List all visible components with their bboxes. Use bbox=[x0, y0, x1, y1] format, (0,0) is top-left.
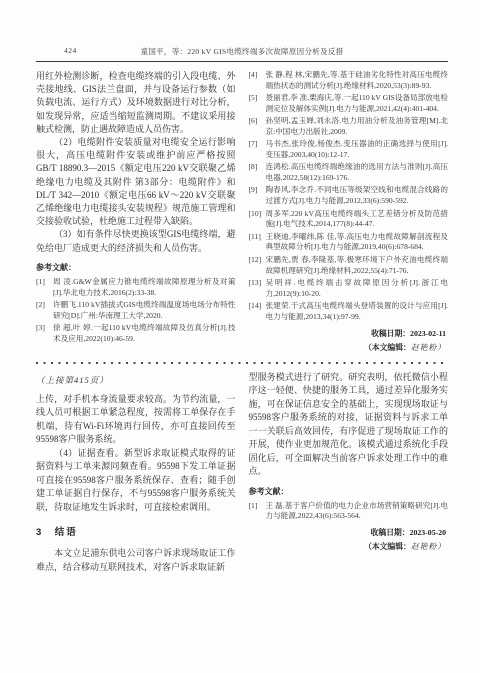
reference-item: [2] 许鹏飞.110 kV插拔式GIS电缆终端温度场电场分布特性研究[D].广… bbox=[36, 300, 236, 322]
editor-name: 赵艳粉） bbox=[411, 343, 446, 352]
reference-item: [12] 宋鹏先,贾 春,李隆基,等.极寒环境下户外充油电缆终端故障机理研究[J… bbox=[249, 255, 449, 277]
reference-item: [10] 周多军.220 kV高压电缆终端头工艺差错分析及防范措施[J].电气技… bbox=[249, 209, 449, 231]
page-header: 424 童国平，等：220 kV GIS电缆终端多次故障原因分析及反措 bbox=[36, 46, 448, 58]
reference-item: [14] 张建荣.干式高压电缆终端头登塔装置的设计与应用[J].电力与能源,20… bbox=[249, 301, 449, 323]
body-paragraph: （4）证据查看。新型诉求取证模式取得的证据资料与工单来源同频查看。95598下发… bbox=[36, 447, 236, 515]
received-label: 收稿日期： bbox=[371, 329, 410, 338]
received-label: 收稿日期： bbox=[371, 528, 410, 537]
editor-label: （本文编辑： bbox=[364, 542, 411, 551]
reference-text: 陶春风,李念乔.不同电压等级架空线和电缆混合线路的过渡方式[J].电力与能源,2… bbox=[266, 185, 449, 207]
article1-right-column: [4] 张 静,程 林,宋鹏先,等.基于硅油劣化特性对高压电缆终端热状态的测试分… bbox=[249, 70, 449, 353]
article1-paragraphs: 用红外检测诊断，检查电缆终端的引入段电缆、外壳接地线、GIS法兰盘面，并与设备运… bbox=[36, 70, 236, 255]
reference-label: [1] bbox=[249, 501, 266, 523]
reference-item: [13] 吴明祥.电缆终端击穿故障原因分析[J].浙江电力,2012(9):10… bbox=[249, 278, 449, 300]
reference-label: [5] bbox=[249, 93, 266, 115]
reference-item: [9] 陶春风,李念乔.不同电压等级架空线和电缆混合线路的过渡方式[J].电力与… bbox=[249, 185, 449, 207]
reference-label: [8] bbox=[249, 162, 266, 184]
reference-label: [1] bbox=[36, 277, 53, 299]
article2-right-column: 型服务模式进行了研究。研究表明，依托微信小程序这一轻便、快捷的服务工具，通过差异… bbox=[249, 371, 449, 553]
editor-name: 赵艳粉） bbox=[411, 542, 446, 551]
received-date-line: 收稿日期：2023-05-20 bbox=[249, 527, 447, 538]
reference-text: 聂丽君,李 准,栗海庆,等.一起110 kV GIS设备局部放电检测定位及解体实… bbox=[266, 93, 449, 115]
article2-references: [1] 王 磊.基于客户价值的电力企业市场营销策略研究[J].电力与能源,202… bbox=[249, 501, 449, 523]
reference-text: 周 凌.G&W金属应力锥电缆终端故障原理分析及对策[J].华北电力技术,2016… bbox=[53, 277, 236, 299]
reference-item: [3] 徐 超,叶 婷.一起110 kV电缆终端故障及仿真分析[J].技术及应用… bbox=[36, 323, 236, 345]
received-date: 2023-02-11 bbox=[410, 329, 446, 338]
section-heading-conclusion: 3 结语 bbox=[36, 524, 236, 538]
continued-from-note: （上接第415页） bbox=[36, 374, 236, 386]
reference-label: [9] bbox=[249, 185, 266, 207]
reference-text: 连鸿松.高压电缆终端绝缘油的选用方法与准则[J].高压电器,2022,58(12… bbox=[266, 162, 449, 184]
references-heading: 参考文献： bbox=[36, 262, 236, 273]
article2-paragraphs: 上传，对手机本身流量要求较高。为节约流量，一线人员可根据工单紧急程度，按需将工单… bbox=[36, 393, 236, 515]
reference-text: 许鹏飞.110 kV插拔式GIS电缆终端温度场电场分布特性研究[D].广州:华南… bbox=[53, 300, 236, 322]
reference-item: [1] 周 凌.G&W金属应力锥电缆终端故障原理分析及对策[J].华北电力技术,… bbox=[36, 277, 236, 299]
article2-section: （上接第415页） 上传，对手机本身流量要求较高。为节约流量，一线人员可根据工单… bbox=[36, 371, 448, 575]
reference-item: [5] 聂丽君,李 准,栗海庆,等.一起110 kV GIS设备局部放电检测定位… bbox=[249, 93, 449, 115]
conclusion-paragraph-left: 本文立足浦东供电公司客户诉求现场取证工作难点，结合移动互联网技术，对客户诉求取证… bbox=[36, 547, 236, 574]
editor-note: （本文编辑：赵艳粉） bbox=[249, 342, 447, 353]
reference-item: [4] 张 静,程 林,宋鹏先,等.基于硅油劣化特性对高压电缆终端热状态的测试分… bbox=[249, 70, 449, 92]
body-paragraph: 用红外检测诊断，检查电缆终端的引入段电缆、外壳接地线、GIS法兰盘面，并与设备运… bbox=[36, 70, 236, 136]
running-title: 童国平，等：220 kV GIS电缆终端多次故障原因分析及反措 bbox=[36, 46, 448, 57]
reference-text: 张建荣.干式高压电缆终端头登塔装置的设计与应用[J].电力与能源,2013,34… bbox=[266, 301, 449, 323]
article1-references-left: [1] 周 凌.G&W金属应力锥电缆终端故障原理分析及对策[J].华北电力技术,… bbox=[36, 277, 236, 345]
reference-item: [7] 马书杰,张玲俊,杨俊杰.变压器油的正确选择与使用[J].变压器,2003… bbox=[249, 139, 449, 161]
reference-text: 徐 超,叶 婷.一起110 kV电缆终端故障及仿真分析[J].技术及应用,202… bbox=[53, 323, 236, 345]
editor-note: （本文编辑：赵艳粉） bbox=[249, 541, 447, 552]
reference-text: 王 磊.基于客户价值的电力企业市场营销策略研究[J].电力与能源,2022,43… bbox=[266, 501, 449, 523]
reference-text: 马书杰,张玲俊,杨俊杰.变压器油的正确选择与使用[J].变压器,2003,40(… bbox=[266, 139, 449, 161]
reference-label: [3] bbox=[36, 323, 53, 345]
reference-label: [7] bbox=[249, 139, 266, 161]
header-rule bbox=[36, 61, 448, 62]
reference-label: [11] bbox=[249, 232, 266, 254]
reference-label: [14] bbox=[249, 301, 266, 323]
editor-label: （本文编辑： bbox=[364, 343, 411, 352]
reference-item: [1] 王 磊.基于客户价值的电力企业市场营销策略研究[J].电力与能源,202… bbox=[249, 501, 449, 523]
article1-references-right: [4] 张 静,程 林,宋鹏先,等.基于硅油劣化特性对高压电缆终端热状态的测试分… bbox=[249, 70, 449, 323]
reference-item: [11] 王晓迪,李曜纬,陈 佳,等.高压电力电缆故障解剖流程及典型故障分析[J… bbox=[249, 232, 449, 254]
references-heading: 参考文献： bbox=[249, 486, 449, 497]
reference-text: 宋鹏先,贾 春,李隆基,等.极寒环境下户外充油电缆终端故障机理研究[J].绝缘材… bbox=[266, 255, 449, 277]
received-date: 2023-05-20 bbox=[410, 528, 446, 537]
journal-page: 424 童国平，等：220 kV GIS电缆终端多次故障原因分析及反措 用红外检… bbox=[0, 0, 480, 673]
reference-label: [12] bbox=[249, 255, 266, 277]
reference-text: 吴明祥.电缆终端击穿故障原因分析[J].浙江电力,2012(9):10-20. bbox=[266, 278, 449, 300]
article1-section: 用红外检测诊断，检查电缆终端的引入段电缆、外壳接地线、GIS法兰盘面，并与设备运… bbox=[36, 70, 448, 353]
received-date-line: 收稿日期：2023-02-11 bbox=[249, 328, 447, 339]
section-divider bbox=[36, 362, 448, 364]
reference-label: [6] bbox=[249, 116, 266, 138]
reference-label: [13] bbox=[249, 278, 266, 300]
reference-label: [4] bbox=[249, 70, 266, 92]
body-paragraph: 上传，对手机本身流量要求较高。为节约流量，一线人员可根据工单紧急程度，按需将工单… bbox=[36, 393, 236, 447]
reference-text: 张 静,程 林,宋鹏先,等.基于硅油劣化特性对高压电缆终端热状态的测试分析[J]… bbox=[266, 70, 449, 92]
article1-left-column: 用红外检测诊断，检查电缆终端的引入段电缆、外壳接地线、GIS法兰盘面，并与设备运… bbox=[36, 70, 236, 346]
conclusion-paragraph-right: 型服务模式进行了研究。研究表明，依托微信小程序这一轻便、快捷的服务工具，通过差异… bbox=[249, 371, 449, 479]
body-paragraph: （2）电缆附件安装质量对电缆安全运行影响很大，高压电缆附件安装或维护前应严格按照… bbox=[36, 136, 236, 228]
reference-text: 周多军.220 kV高压电缆终端头工艺差错分析及防范措施[J].电气技术,201… bbox=[266, 209, 449, 231]
body-paragraph: （3）如有条件尽快更换该型GIS电缆终端，避免给电厂造成更大的经济损失和人员伤害… bbox=[36, 228, 236, 254]
page-number: 424 bbox=[64, 46, 77, 55]
reference-label: [2] bbox=[36, 300, 53, 322]
reference-label: [10] bbox=[249, 209, 266, 231]
reference-text: 王晓迪,李曜纬,陈 佳,等.高压电力电缆故障解剖流程及典型故障分析[J].电力与… bbox=[266, 232, 449, 254]
reference-item: [6] 孙坚明,孟玉婵,刘永洛.电力用油分析及油务管理[M].北京:中国电力出版… bbox=[249, 116, 449, 138]
reference-text: 孙坚明,孟玉婵,刘永洛.电力用油分析及油务管理[M].北京:中国电力出版社,20… bbox=[266, 116, 449, 138]
reference-item: [8] 连鸿松.高压电缆终端绝缘油的选用方法与准则[J].高压电器,2022,5… bbox=[249, 162, 449, 184]
article2-left-column: （上接第415页） 上传，对手机本身流量要求较高。为节约流量，一线人员可根据工单… bbox=[36, 371, 236, 575]
